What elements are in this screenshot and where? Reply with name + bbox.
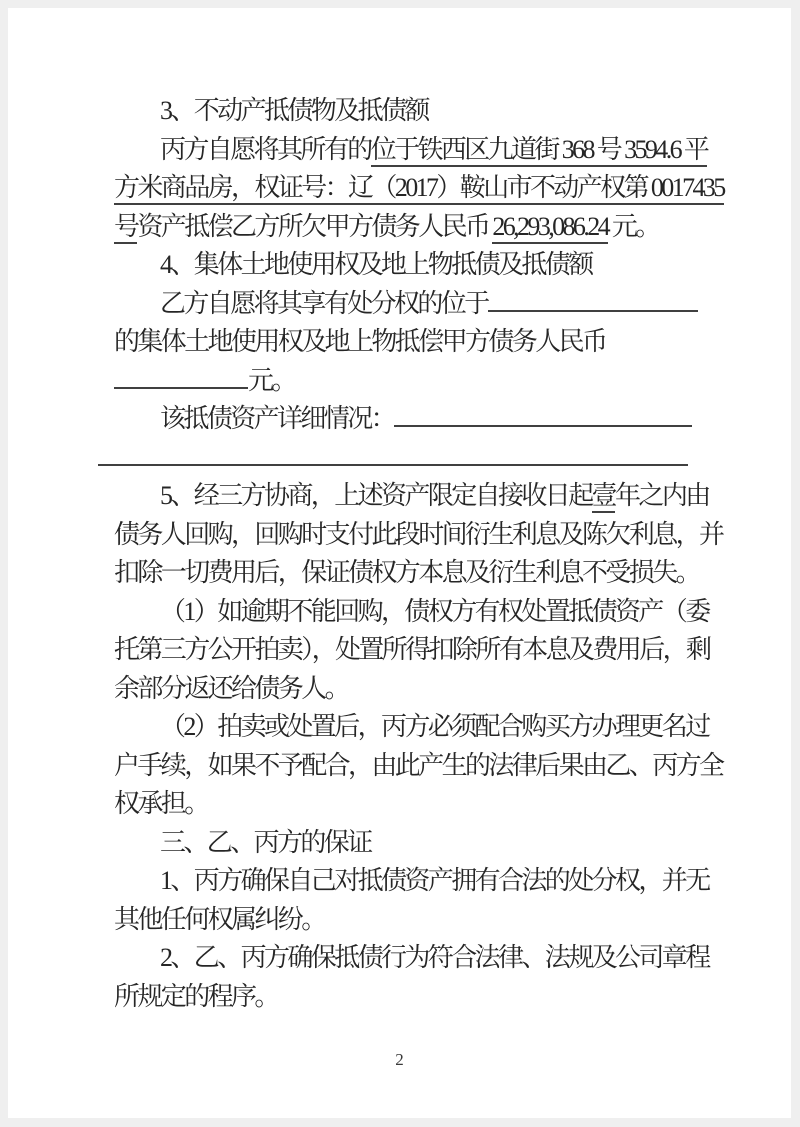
text-segment: （2）拍卖或处置后，丙方必须配合购买方办理更名过 — [160, 712, 709, 741]
text-segment: 丙方自愿将其所有的 — [160, 135, 371, 164]
text-line: 债务人回购，回购时支付此段时间衍生利息及陈欠利息，并 — [114, 516, 698, 555]
text-line: （1）如逾期不能回购，债权方有权处置抵债资产（委 — [114, 593, 698, 632]
text-line: 5、经三方协商，上述资产限定自接收日起壹年之内由 — [114, 477, 698, 516]
document-page: 3、不动产抵债物及抵债额丙方自愿将其所有的位于铁西区九道街 368 号 3594… — [8, 8, 791, 1118]
text-segment: 2、乙、丙方确保抵债行为符合法律、法规及公司章程 — [160, 943, 709, 972]
text-segment: 其他任何权属纠纷。 — [114, 905, 325, 934]
text-segment: 26,293,086.24 — [492, 212, 608, 244]
document-body: 3、不动产抵债物及抵债额丙方自愿将其所有的位于铁西区九道街 368 号 3594… — [114, 92, 698, 1016]
text-segment: 资产抵偿乙方所欠甲方债务人民币 — [137, 212, 492, 241]
blank-underline — [488, 286, 698, 312]
text-segment: 元。 — [608, 212, 659, 241]
text-line: 号资产抵偿乙方所欠甲方债务人民币 26,293,086.24 元。 — [114, 208, 698, 247]
text-line — [98, 439, 698, 478]
text-segment: 方米商品房，权证号：辽（2017）鞍山市不动产权第 0017435 — [114, 173, 724, 205]
text-segment: 权承担。 — [114, 789, 208, 818]
text-segment: 乙方自愿将其享有处分权的位于 — [160, 289, 488, 318]
text-line: 该抵债资产详细情况： — [114, 400, 698, 439]
text-segment: （1）如逾期不能回购，债权方有权处置抵债资产（委 — [160, 597, 709, 626]
text-segment: 该抵债资产详细情况： — [160, 404, 394, 433]
text-segment: 3、不动产抵债物及抵债额 — [160, 96, 428, 125]
text-segment: 余部分返还给债务人。 — [114, 674, 348, 703]
text-line: 1、丙方确保自己对抵债资产拥有合法的处分权，并无 — [114, 862, 698, 901]
text-segment: 5、经三方协商，上述资产限定自接收日起 — [160, 481, 592, 510]
text-line: 所规定的程序。 — [114, 978, 698, 1017]
text-segment: 4、集体土地使用权及地上物抵债及抵债额 — [160, 250, 592, 279]
text-line: 乙方自愿将其享有处分权的位于 — [114, 285, 698, 324]
text-segment: 年之内由 — [615, 481, 709, 510]
text-segment: 1、丙方确保自己对抵债资产拥有合法的处分权，并无 — [160, 866, 709, 895]
text-line: 权承担。 — [114, 785, 698, 824]
blank-underline — [98, 440, 688, 466]
text-line: 丙方自愿将其所有的位于铁西区九道街 368 号 3594.6 平 — [114, 131, 698, 170]
page-number: 2 — [8, 1050, 791, 1070]
text-segment: 托第三方公开拍卖），处置所得扣除所有本息及费用后，剩 — [114, 635, 709, 664]
text-line: 户手续，如果不予配合，由此产生的法律后果由乙、丙方全 — [114, 747, 698, 786]
text-segment: 位于铁西区九道街 368 号 3594.6 平 — [371, 135, 708, 167]
text-segment: 元。 — [248, 366, 295, 395]
text-line: 三、乙、丙方的保证 — [114, 824, 698, 863]
text-line: 4、集体土地使用权及地上物抵债及抵债额 — [114, 246, 698, 285]
scan-background: 3、不动产抵债物及抵债额丙方自愿将其所有的位于铁西区九道街 368 号 3594… — [0, 0, 800, 1127]
text-segment: 壹 — [592, 481, 615, 513]
blank-underline — [114, 363, 248, 389]
text-segment: 的集体土地使用权及地上物抵偿甲方债务人民币 — [114, 327, 605, 356]
text-line: 其他任何权属纠纷。 — [114, 901, 698, 940]
text-segment: 扣除一切费用后，保证债权方本息及衍生利息不受损失。 — [114, 558, 699, 587]
text-line: 余部分返还给债务人。 — [114, 670, 698, 709]
text-line: 3、不动产抵债物及抵债额 — [114, 92, 698, 131]
blank-underline — [394, 401, 692, 427]
text-line: 方米商品房，权证号：辽（2017）鞍山市不动产权第 0017435 — [114, 169, 698, 208]
text-segment: 户手续，如果不予配合，由此产生的法律后果由乙、丙方全 — [114, 751, 722, 780]
text-line: 托第三方公开拍卖），处置所得扣除所有本息及费用后，剩 — [114, 631, 698, 670]
text-segment: 债务人回购，回购时支付此段时间衍生利息及陈欠利息，并 — [114, 520, 722, 549]
text-line: 元。 — [114, 362, 698, 401]
text-line: （2）拍卖或处置后，丙方必须配合购买方办理更名过 — [114, 708, 698, 747]
text-line: 扣除一切费用后，保证债权方本息及衍生利息不受损失。 — [114, 554, 698, 593]
text-line: 2、乙、丙方确保抵债行为符合法律、法规及公司章程 — [114, 939, 698, 978]
text-segment: 所规定的程序。 — [114, 982, 278, 1011]
text-segment: 三、乙、丙方的保证 — [160, 828, 371, 857]
text-line: 的集体土地使用权及地上物抵偿甲方债务人民币 — [114, 323, 698, 362]
text-segment: 号 — [114, 212, 137, 244]
